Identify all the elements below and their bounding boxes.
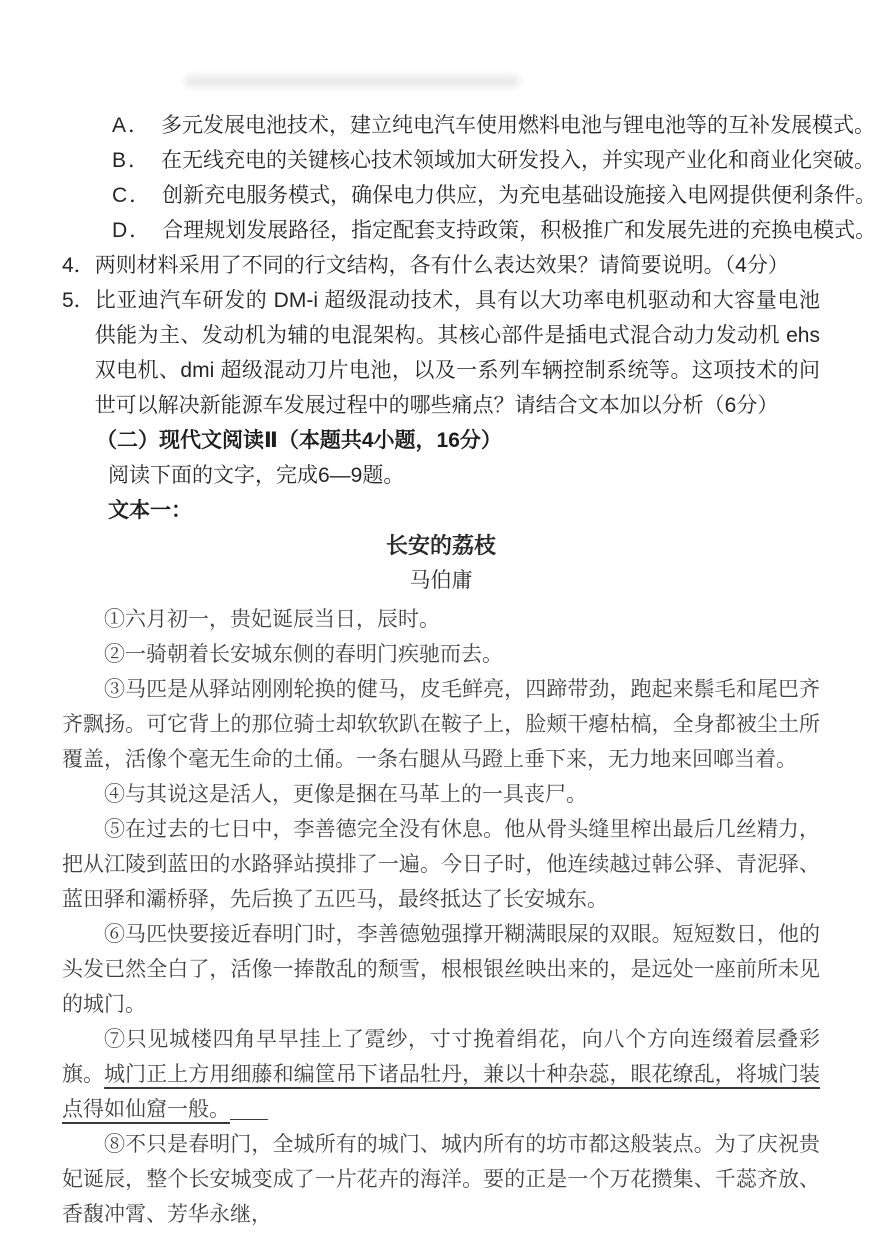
- passage-title: 长安的荔枝: [62, 528, 820, 563]
- exam-page-scan: A．多元发展电池技术，建立纯电汽车使用燃料电池与锂电池等的互补发展模式。 B．在…: [0, 0, 878, 1242]
- question-5-text: 比亚迪汽车研发的 DM-i 超级混动技术，具有以大功率电机驱动和大容量电池供能为…: [95, 283, 820, 423]
- option-d: D．合理规划发展路径，指定配套支持政策，积极推广和发展先进的充换电模式。: [62, 213, 820, 248]
- passage-author: 马伯庸: [62, 563, 820, 598]
- scan-artifact-smudge: [185, 76, 520, 87]
- option-c-text: 创新充电服务模式，确保电力供应，为充电基础设施接入电网提供便利条件。: [162, 184, 876, 207]
- question-5: 5． 比亚迪汽车研发的 DM-i 超级混动技术，具有以大功率电机驱动和大容量电池…: [62, 283, 820, 423]
- option-d-text: 合理规划发展路径，指定配套支持政策，积极推广和发展先进的充换电模式。: [162, 219, 876, 242]
- passage-paragraph-1: ①六月初一，贵妃诞辰当日，辰时。: [62, 602, 820, 637]
- option-b-label: B．: [112, 149, 151, 172]
- option-c: C．创新充电服务模式，确保电力供应，为充电基础设施接入电网提供便利条件。: [62, 178, 820, 213]
- passage-paragraph-4: ④与其说这是活人，更像是捆在马革上的一具丧尸。: [62, 777, 820, 812]
- passage-paragraph-6: ⑥马匹快要接近春明门时，李善德勉强撑开糊满眼屎的双眼。短短数日，他的头发已然全白…: [62, 917, 820, 1022]
- exam-content: A．多元发展电池技术，建立纯电汽车使用燃料电池与锂电池等的互补发展模式。 B．在…: [62, 108, 820, 1232]
- option-a-label: A．: [112, 114, 151, 137]
- text-one-label: 文本一：: [62, 493, 820, 528]
- passage-paragraph-7: ⑦只见城楼四角早早挂上了霓纱，寸寸挽着绢花，向八个方向连缀着层叠彩旗。城门正上方…: [62, 1022, 820, 1127]
- passage-paragraph-2: ②一骑朝着长安城东侧的春明门疾驰而去。: [62, 637, 820, 672]
- option-d-label: D．: [112, 219, 152, 242]
- question-5-number: 5．: [62, 283, 95, 318]
- question-4-text: 两则材料采用了不同的行文结构，各有什么表达效果？请简要说明。（4分）: [95, 248, 820, 283]
- passage-paragraph-7-underlined: 城门正上方用细藤和编筐吊下诸品牡丹，兼以十种杂蕊，眼花缭乱，将城门装点得如仙窟一…: [62, 1062, 820, 1121]
- passage-paragraph-5: ⑤在过去的七日中，李善德完全没有休息。他从骨头缝里榨出最后几丝精力，把从江陵到蓝…: [62, 812, 820, 917]
- option-b: B．在无线充电的关键核心技术领域加大研发投入，并实现产业化和商业化突破。: [62, 143, 820, 178]
- passage-paragraph-8: ⑧不只是春明门，全城所有的城门、城内所有的坊市都这般装点。为了庆祝贵妃诞辰，整个…: [62, 1127, 820, 1232]
- question-4: 4． 两则材料采用了不同的行文结构，各有什么表达效果？请简要说明。（4分）: [62, 248, 820, 283]
- reading-instruction: 阅读下面的文字，完成6—9题。: [62, 458, 820, 493]
- section-heading: （二）现代文阅读Ⅱ（本题共4小题，16分）: [62, 423, 820, 458]
- option-a: A．多元发展电池技术，建立纯电汽车使用燃料电池与锂电池等的互补发展模式。: [62, 108, 820, 143]
- passage-paragraph-3: ③马匹是从驿站刚刚轮换的健马，皮毛鲜亮，四蹄带劲，跑起来鬃毛和尾巴齐齐飘扬。可它…: [62, 672, 820, 777]
- option-a-text: 多元发展电池技术，建立纯电汽车使用燃料电池与锂电池等的互补发展模式。: [161, 114, 875, 137]
- question-4-number: 4．: [62, 248, 95, 283]
- option-c-label: C．: [112, 184, 152, 207]
- underline-tail: [230, 1098, 268, 1120]
- option-b-text: 在无线充电的关键核心技术领域加大研发投入，并实现产业化和商业化突破。: [161, 149, 875, 172]
